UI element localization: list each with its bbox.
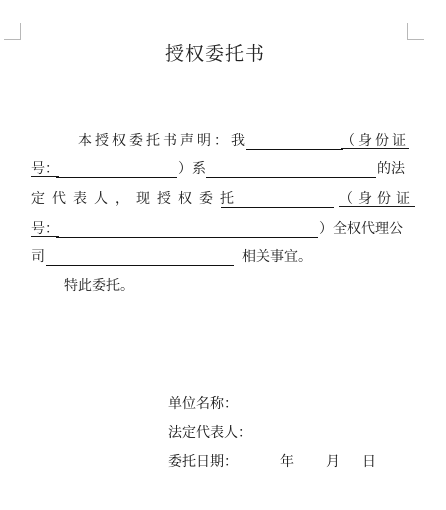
line2-prefix: 号： <box>31 159 59 179</box>
line3-suffix: （身份证 <box>339 189 415 209</box>
company-blank-2[interactable] <box>46 249 234 266</box>
line3-prefix: 定代表人，现授权委托 <box>31 189 241 209</box>
name-blank[interactable] <box>246 133 343 150</box>
line5-prefix: 司 <box>31 247 45 267</box>
authorization-date-label: 委托日期： <box>168 452 238 472</box>
line4-suffix: ）全权代理公 <box>319 219 403 239</box>
date-year-label: 年 <box>280 452 294 472</box>
company-name-label: 单位名称： <box>168 394 238 414</box>
line1-prefix: 本授权委托书声明：我 <box>78 131 248 151</box>
agent-name-blank[interactable] <box>221 191 334 208</box>
line5-suffix: 相关事宜。 <box>242 247 312 267</box>
id-number-blank-2[interactable] <box>56 221 318 238</box>
document-title: 授权委托书 <box>0 39 430 66</box>
line1-suffix: （身份证 <box>341 131 409 151</box>
line4-prefix: 号： <box>31 219 59 239</box>
margin-corner-mark-top-left <box>4 23 21 40</box>
id-number-blank-1[interactable] <box>56 161 177 178</box>
margin-corner-mark-top-right <box>407 23 424 40</box>
date-month-label: 月 <box>326 452 340 472</box>
date-day-label: 日 <box>362 452 376 472</box>
closing-text: 特此委托。 <box>64 276 134 296</box>
legal-representative-label: 法定代表人： <box>168 423 252 443</box>
line2-middle: ）系 <box>178 159 206 179</box>
line2-suffix: 的法 <box>377 159 405 179</box>
company-blank-1[interactable] <box>206 161 376 178</box>
